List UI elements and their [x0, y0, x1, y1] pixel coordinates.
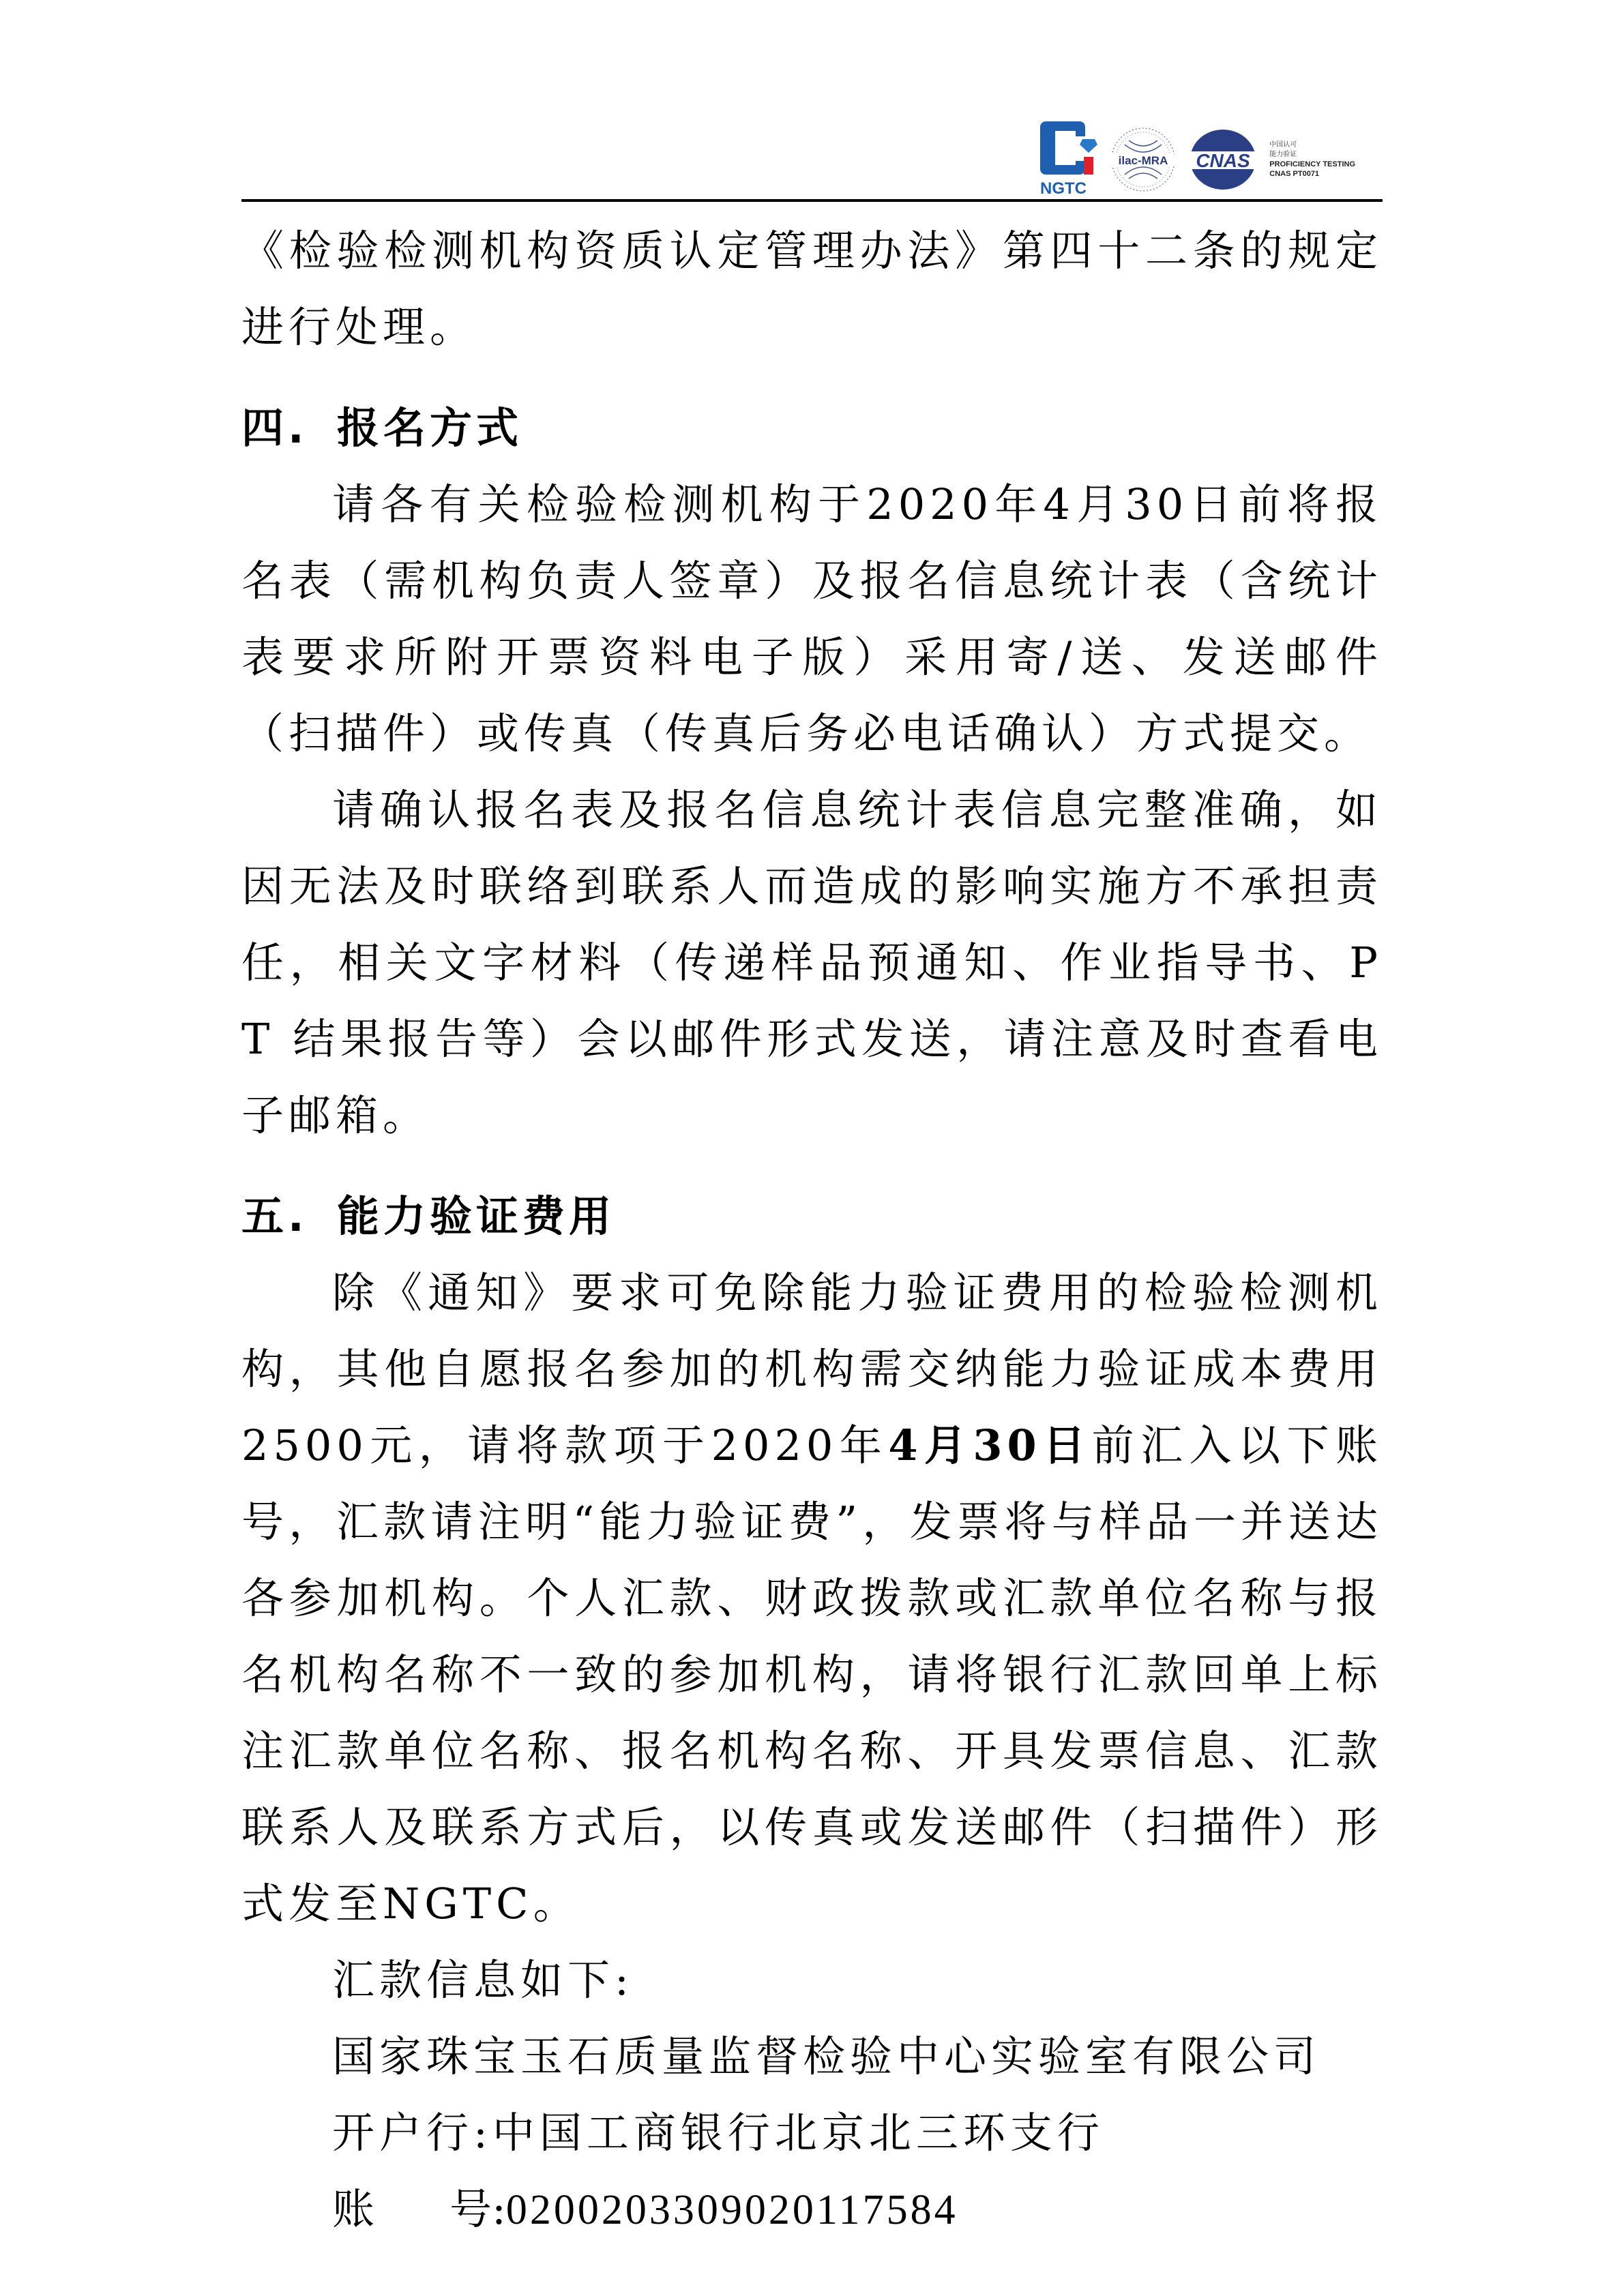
ilac-mra-logo-icon: ilac-MRA — [1110, 117, 1177, 198]
remittance-intro: 汇款信息如下: — [241, 1942, 1383, 2018]
fee-text-b: 前汇入以下账号，汇款请注明“能力验证费”，发票将与样品一并送达各参加机构。个人汇… — [241, 1420, 1383, 1928]
pt-cn-line2: 能力验证 — [1269, 150, 1355, 160]
account-label: 账号: — [332, 2184, 506, 2234]
account-label-part1: 账 — [332, 2184, 374, 2234]
section-4-paragraph-1: 请各有关检验检测机构于2020年4月30日前将报名表（需机构负责人签章）及报名信… — [241, 466, 1383, 772]
cnas-logo-icon: CNAS — [1187, 117, 1258, 198]
ngtc-logo-icon: NGTC — [1040, 117, 1099, 198]
svg-text:CNAS: CNAS — [1196, 150, 1251, 171]
document-body: 《检验检测机构资质认定管理办法》第四十二条的规定进行处理。 四.报名方式 请各有… — [241, 213, 1383, 2248]
section-5-title: 能力验证费用 — [337, 1191, 615, 1241]
proficiency-testing-label: 中国认可 能力验证 PROFICIENCY TESTING CNAS PT007… — [1269, 140, 1355, 198]
pt-cn-line1: 中国认可 — [1269, 140, 1355, 150]
account-number: 0200203309020117584 — [506, 2187, 958, 2233]
section-5-number: 五. — [241, 1178, 337, 1255]
svg-text:NGTC: NGTC — [1040, 179, 1087, 198]
bank-value: 中国工商银行北京北三环支行 — [492, 2108, 1104, 2158]
page-header: NGTC ilac-MRA CNAS 中国认可 能力 — [241, 116, 1383, 202]
bank-label: 开户行: — [332, 2108, 492, 2158]
svg-text:ilac-MRA: ilac-MRA — [1119, 154, 1168, 167]
account-label-part2: 号: — [449, 2184, 506, 2234]
section-4-number: 四. — [241, 390, 337, 466]
intro-paragraph: 《检验检测机构资质认定管理办法》第四十二条的规定进行处理。 — [241, 213, 1383, 366]
bank-row: 开户行:中国工商银行北京北三环支行 — [241, 2095, 1383, 2171]
section-4-heading: 四.报名方式 — [241, 390, 1383, 466]
header-divider — [241, 199, 1383, 202]
account-row: 账号:0200203309020117584 — [241, 2171, 1383, 2248]
payee-company: 国家珠宝玉石质量监督检验中心实验室有限公司 — [241, 2018, 1383, 2095]
section-5-heading: 五.能力验证费用 — [241, 1178, 1383, 1255]
section-4-paragraph-2: 请确认报名表及报名信息统计表信息完整准确，如因无法及时联络到联系人而造成的影响实… — [241, 772, 1383, 1154]
logo-group: NGTC ilac-MRA CNAS 中国认可 能力 — [1040, 116, 1355, 198]
pt-en-line1: PROFICIENCY TESTING — [1269, 160, 1355, 169]
section-5-paragraph-1: 除《通知》要求可免除能力验证费用的检验检测机构，其他自愿报名参加的机构需交纳能力… — [241, 1255, 1383, 1942]
section-4-title: 报名方式 — [337, 403, 522, 453]
pt-code: CNAS PT0071 — [1269, 169, 1355, 179]
deadline-date: 4月30日 — [888, 1420, 1091, 1470]
